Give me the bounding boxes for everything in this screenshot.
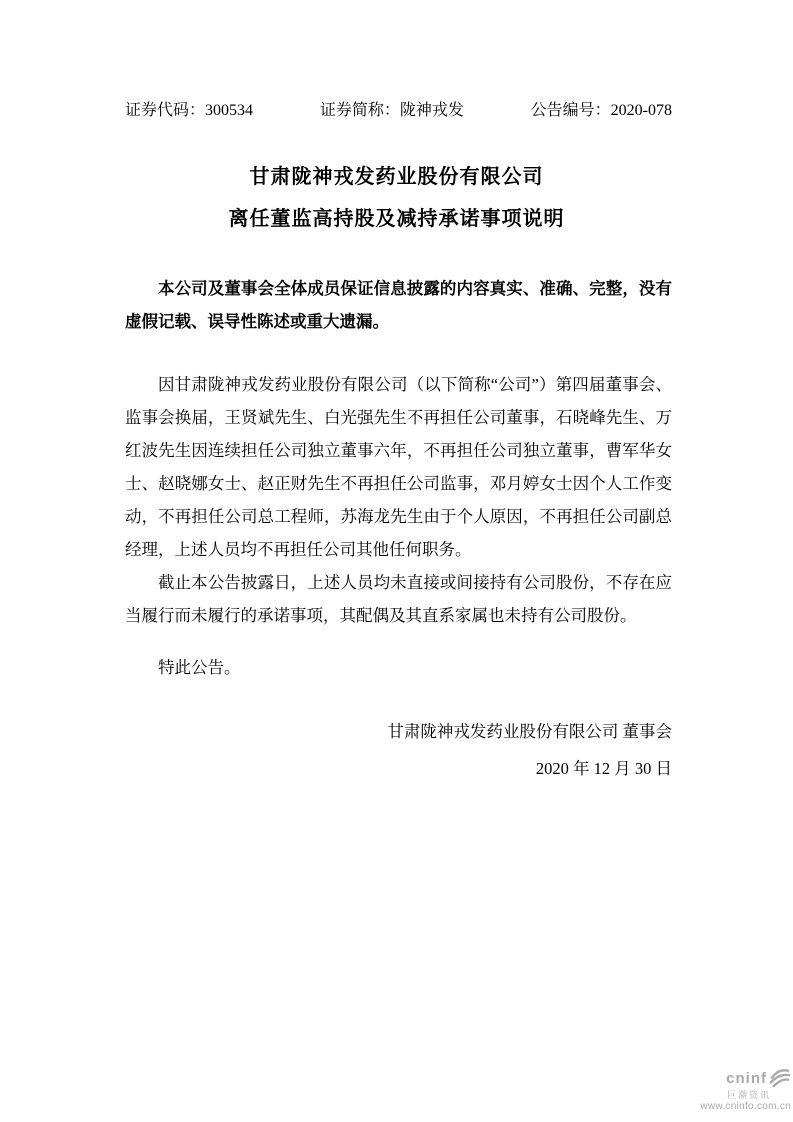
cninfo-watermark: cninf 巨潮资讯 www.cninfo.com.cn <box>700 1067 791 1112</box>
stock-code: 证券代码：300534 <box>125 100 253 122</box>
document-header: 证券代码：300534 证券简称：陇神戎发 公告编号：2020-078 <box>125 100 672 122</box>
cninfo-url: www.cninfo.com.cn <box>700 1101 791 1112</box>
body-paragraph-1: 因甘肃陇神戎发药业股份有限公司（以下简称“公司”）第四届董事会、监事会换届，王贤… <box>125 368 672 566</box>
body-paragraph-2: 截止本公告披露日，上述人员均未直接或间接持有公司股份，不存在应当履行而未履行的承… <box>125 566 672 632</box>
stock-name: 证券简称：陇神戎发 <box>320 100 464 122</box>
document-title-block: 甘肃陇神戎发药业股份有限公司 离任董监高持股及减持承诺事项说明 <box>0 156 793 240</box>
disclosure-statement: 本公司及董事会全体成员保证信息披露的内容真实、准确、完整，没有虚假记载、误导性陈… <box>125 273 672 339</box>
closing-line: 特此公告。 <box>125 651 672 684</box>
signature-block: 甘肃陇神戎发药业股份有限公司 董事会 2020 年 12 月 30 日 <box>125 713 672 787</box>
document-page: 证券代码：300534 证券简称：陇神戎发 公告编号：2020-078 甘肃陇神… <box>0 0 793 1122</box>
cninfo-swirl-icon <box>769 1067 791 1092</box>
company-name-title: 甘肃陇神戎发药业股份有限公司 <box>0 156 793 198</box>
announcement-title: 离任董监高持股及减持承诺事项说明 <box>0 198 793 240</box>
document-body: 本公司及董事会全体成员保证信息披露的内容真实、准确、完整，没有虚假记载、误导性陈… <box>125 273 672 787</box>
cninfo-chinese-name: 巨潮资讯 <box>700 1091 771 1101</box>
announcement-number: 公告编号：2020-078 <box>531 100 672 122</box>
cninfo-brand-text: cninf <box>726 1071 767 1088</box>
signature-company: 甘肃陇神戎发药业股份有限公司 董事会 <box>125 713 672 750</box>
signature-date: 2020 年 12 月 30 日 <box>125 750 672 787</box>
cninfo-brand-row: cninf <box>700 1067 791 1092</box>
